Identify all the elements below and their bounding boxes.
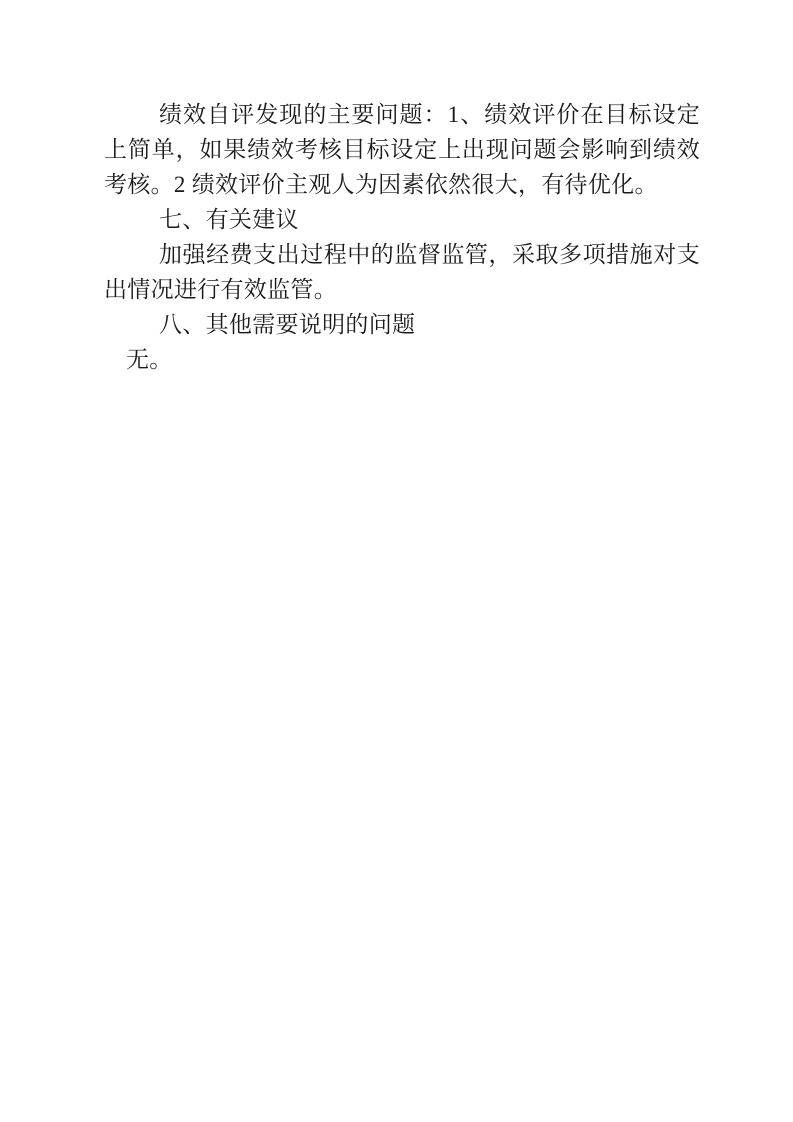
paragraph-other-notes-none: 无。 (104, 342, 700, 377)
paragraph-self-evaluation-issues: 绩效自评发现的主要问题：1、绩效评价在目标设定上简单，如果绩效考核目标设定上出现… (104, 97, 700, 202)
heading-section-eight: 八、其他需要说明的问题 (104, 307, 700, 342)
document-page: 绩效自评发现的主要问题：1、绩效评价在目标设定上简单，如果绩效考核目标设定上出现… (0, 0, 793, 1122)
paragraph-recommendations: 加强经费支出过程中的监督监管，采取多项措施对支出情况进行有效监管。 (104, 237, 700, 307)
document-content: 绩效自评发现的主要问题：1、绩效评价在目标设定上简单，如果绩效考核目标设定上出现… (104, 97, 700, 377)
heading-section-seven: 七、有关建议 (104, 202, 700, 237)
